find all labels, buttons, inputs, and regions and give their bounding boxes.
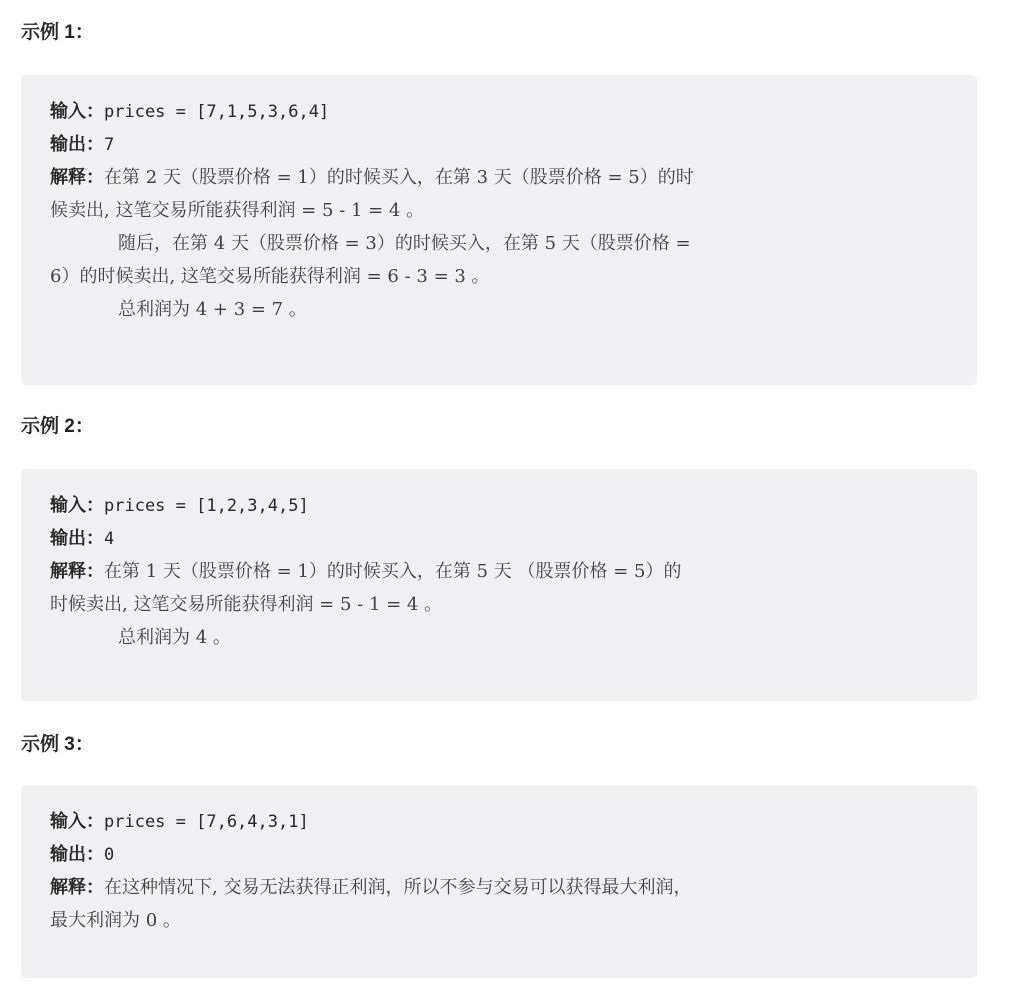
output-value: 7: [104, 135, 114, 155]
explanation-text: 在第 1 天（股票价格 = 1）的时候买入，在第 5 天 （股票价格 = 5）的: [104, 561, 681, 582]
explanation-text: 最大利润为 0 。: [50, 910, 181, 931]
input-value: prices = [7,6,4,3,1]: [104, 812, 309, 832]
example-1-explanation-line-2: 候卖出, 这笔交易所能获得利润 = 5 - 1 = 4 。: [50, 194, 949, 227]
example-3-input-line: 输入：prices = [7,6,4,3,1]: [50, 805, 949, 838]
example-2-explanation-line-3: 总利润为 4 。: [50, 621, 949, 654]
input-label: 输入：: [50, 495, 104, 516]
explanation-text: 在第 2 天（股票价格 = 1）的时候买入，在第 3 天（股票价格 = 5）的时: [104, 167, 694, 188]
explanation-label: 解释：: [50, 561, 104, 582]
input-label: 输入：: [50, 101, 104, 122]
example-1-explanation-line-4: 6）的时候卖出, 这笔交易所能获得利润 = 6 - 3 = 3 。: [50, 260, 949, 293]
example-1-code-block: 输入：prices = [7,1,5,3,6,4] 输出：7 解释：在第 2 天…: [21, 75, 977, 385]
output-label: 输出：: [50, 844, 104, 865]
example-1-output-line: 输出：7: [50, 128, 949, 161]
example-3-heading: 示例 3：: [21, 732, 94, 758]
explanation-label: 解释：: [50, 877, 104, 898]
explanation-label: 解释：: [50, 167, 104, 188]
example-1-explanation-line-3: 随后，在第 4 天（股票价格 = 3）的时候买入，在第 5 天（股票价格 =: [50, 227, 949, 260]
output-value: 4: [104, 529, 114, 549]
explanation-text: 在这种情况下, 交易无法获得正利润，所以不参与交易可以获得最大利润，: [104, 877, 691, 898]
example-2-code-block: 输入：prices = [1,2,3,4,5] 输出：4 解释：在第 1 天（股…: [21, 469, 977, 701]
input-value: prices = [7,1,5,3,6,4]: [104, 102, 329, 122]
example-2-heading: 示例 2：: [21, 414, 94, 440]
explanation-text: 时候卖出, 这笔交易所能获得利润 = 5 - 1 = 4 。: [50, 594, 442, 615]
example-1-heading: 示例 1：: [21, 20, 94, 46]
example-2-output-line: 输出：4: [50, 522, 949, 555]
example-3-explanation-line-1: 解释：在这种情况下, 交易无法获得正利润，所以不参与交易可以获得最大利润，: [50, 871, 949, 904]
output-label: 输出：: [50, 528, 104, 549]
input-label: 输入：: [50, 811, 104, 832]
example-1-explanation-line-5: 总利润为 4 + 3 = 7 。: [50, 293, 949, 326]
example-2-input-line: 输入：prices = [1,2,3,4,5]: [50, 489, 949, 522]
example-3-explanation-line-2: 最大利润为 0 。: [50, 904, 949, 937]
explanation-text: 随后，在第 4 天（股票价格 = 3）的时候买入，在第 5 天（股票价格 =: [118, 233, 691, 254]
input-value: prices = [1,2,3,4,5]: [104, 496, 309, 516]
explanation-text: 6）的时候卖出, 这笔交易所能获得利润 = 6 - 3 = 3 。: [50, 266, 490, 287]
output-value: 0: [104, 845, 114, 865]
explanation-text: 总利润为 4 。: [118, 627, 231, 648]
example-1-input-line: 输入：prices = [7,1,5,3,6,4]: [50, 95, 949, 128]
example-3-code-block: 输入：prices = [7,6,4,3,1] 输出：0 解释：在这种情况下, …: [21, 785, 977, 978]
example-1-explanation-line-1: 解释：在第 2 天（股票价格 = 1）的时候买入，在第 3 天（股票价格 = 5…: [50, 161, 949, 194]
explanation-text: 候卖出, 这笔交易所能获得利润 = 5 - 1 = 4 。: [50, 200, 424, 221]
example-2-explanation-line-1: 解释：在第 1 天（股票价格 = 1）的时候买入，在第 5 天 （股票价格 = …: [50, 555, 949, 588]
explanation-text: 总利润为 4 + 3 = 7 。: [118, 299, 307, 320]
output-label: 输出：: [50, 134, 104, 155]
example-3-output-line: 输出：0: [50, 838, 949, 871]
example-2-explanation-line-2: 时候卖出, 这笔交易所能获得利润 = 5 - 1 = 4 。: [50, 588, 949, 621]
